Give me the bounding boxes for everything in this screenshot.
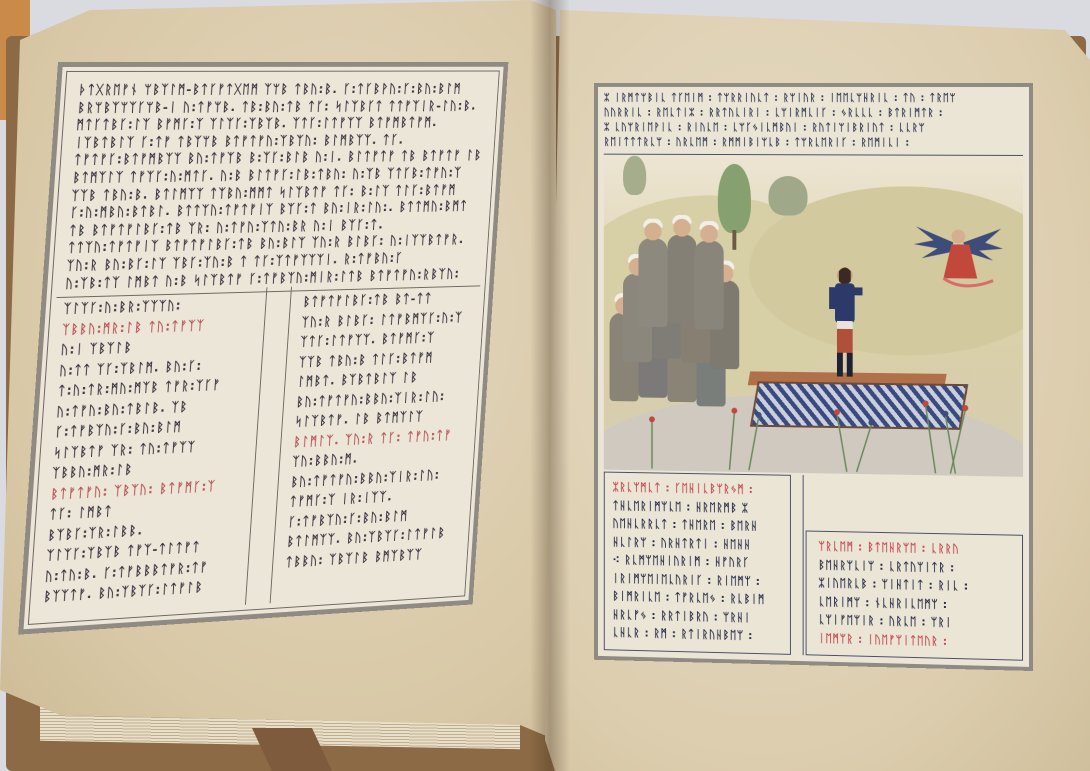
right-column-text: ᛒᛏᚠᛏᚠᛚᛒᚴ:ᛏᛒ ᛒᛏ-ᛏᛏ ᛉᚢ:ᚱ ᛒᛚᛒᚴ: ᛚᛏᚠᛒᛗᛉᚴ:ᚢ:ᛉ… [275, 282, 480, 603]
tree-trunk [732, 230, 736, 250]
right-illustrated-frame: ᛯ ᛁᚱᛗᛏᛘᛒᛁᚳ ᛏᚴᛖᛁᛗ : ᛏᛘᚱᚱᛁᚢᚳᛏ : ᚱᛘᛁᚢᚱ : ᛁᛖ… [594, 83, 1033, 671]
cypress-tree [718, 164, 751, 233]
left-text-frame: ᚦᛏᚷᚱᛖᚠᚾ ᛘᛒᛉᛚᛗ-ᛒᛏᚴᚠᛏᚷᛖᛗ ᛉᛘᛒ ᛏᛒᚢ:ᛒ. ᚴ:ᛏᚴᛒᚹ… [18, 62, 508, 635]
monk [638, 238, 667, 327]
text-line: ᚳᚺᚳᚱ : ᚱᛗ : ᚱᛏᛁᚱᚢᚺᛒᛖᛘ : [612, 624, 783, 646]
monk [695, 241, 724, 330]
rubric-line: ᛁᛖᛗᛘᚱ : ᛁᚢᛖᚠᛘᛁᛏᛖᚢᚱ : [818, 629, 1014, 652]
tree [768, 176, 807, 216]
left-top-text-block: ᚦᛏᚷᚱᛖᚠᚾ ᛘᛒᛉᛚᛗ-ᛒᛏᚴᚠᛏᚷᛖᛗ ᛉᛘᛒ ᛏᛒᚢ:ᛒ. ᚴ:ᛏᚴᛒᚹ… [57, 74, 495, 298]
lower-left-text-panel: ᛯᚱᚳᛘᛗᚳᛏ : ᚴᛖᚺᛁᚳᛒᛘᚱᛃᛗ : ᛏᚺᚳᛖᚱᛁᛗᛘᚳᛖ : ᚺᚱᛖᚱ… [604, 472, 791, 655]
header-text-block: ᛯ ᛁᚱᛗᛏᛘᛒᛁᚳ ᛏᚴᛖᛁᛗ : ᛏᛘᚱᚱᛁᚢᚳᛏ : ᚱᛘᛁᚢᚱ : ᛁᛖ… [604, 91, 1023, 156]
text-line: ᚦᛏᚷᚱᛖᚠᚾ ᛘᛒᛉᛚᛗ-ᛒᛏᚴᚠᛏᚷᛖᛗ ᛉᛘᛒ ᛏᛒᚢ:ᛒ. ᚴ:ᛏᚴᛒᚹ… [78, 80, 486, 98]
left-column-text: ᛉᛚᛉᚴ:ᚢ:ᛒᚱ:ᛉᛉᛉᚢ: ᛉᛒᛒᚢ:ᛗᚱ:ᛚᛒ ᛏᚢ:ᛏᚠᛉᛉ ᚢ:ᛁ ᛉ… [34, 287, 267, 618]
monk [667, 235, 696, 324]
lower-right-text-panel: ᛘᚱᚳᛖᛗ : ᛒᛏᛖᚺᚱᛘᛖ : ᚳᚱᚱᚢ ᛒᛖᚺᚱᛘᚳᛁᛘ : ᚳᚱᛏᚢᛘᛁ… [806, 531, 1023, 661]
foreground-flowers [613, 391, 1023, 477]
winged-angel-figure [914, 222, 1003, 292]
preacher-figure [825, 265, 864, 384]
text-line: ᛗᛏᚴᛏᛒᚴ:ᛚᛉ ᛒᚠᛗᚴ:ᛉ ᛉᛚᛉᚴ:ᛉᛒᛉᛒ. ᛉᛏᚴ:ᛚᛏᚠᛉᛉ ᛒᛏ… [76, 113, 485, 133]
text-line: ᛯ ᚳᚢᛘᚱᛁᛖᚹᛁᚳ : ᚱᛁᚢᚳᛖ : ᚳᛘᚴᛃᛁᚳᛗᛒᚢᛁ : ᚱᚢᛏᛁᛘ… [604, 120, 1023, 136]
text-line: ᚢᚢᚱᚱᛁᚳ : ᚱᛖᚳᛏᛁᛯ : ᚱᚱᛏᚢᚳᛁᚱᛁ : ᚳᛘᛁᚱᛗᚳᛁᚴ : … [604, 106, 1023, 121]
text-line: ᚱᛖᛁᛏᛏᛏᚱᚳᛘ : ᚢᚱᚳᛖᛗ : ᚱᛗᛗᛁᛒᛁᛘᚳᛒ : ᛏᛘᚱᚳᛖᚱᛁᚴ… [604, 135, 1023, 151]
rubric-line: ᛯᚱᚳᛘᛗᚳᛏ : ᚴᛖᚺᛁᚳᛒᛘᚱᛃᛗ : [612, 479, 783, 500]
tree [623, 156, 646, 195]
book-gutter [530, 0, 570, 771]
illustration [604, 156, 1023, 477]
rubric-line: ᛯ ᛁᚱᛗᛏᛘᛒᛁᚳ ᛏᚴᛖᛁᛗ : ᛏᛘᚱᚱᛁᚢᚳᛏ : ᚱᛘᛁᚢᚱ : ᛁᛖ… [604, 91, 1023, 106]
lower-panel-divider [790, 475, 804, 655]
